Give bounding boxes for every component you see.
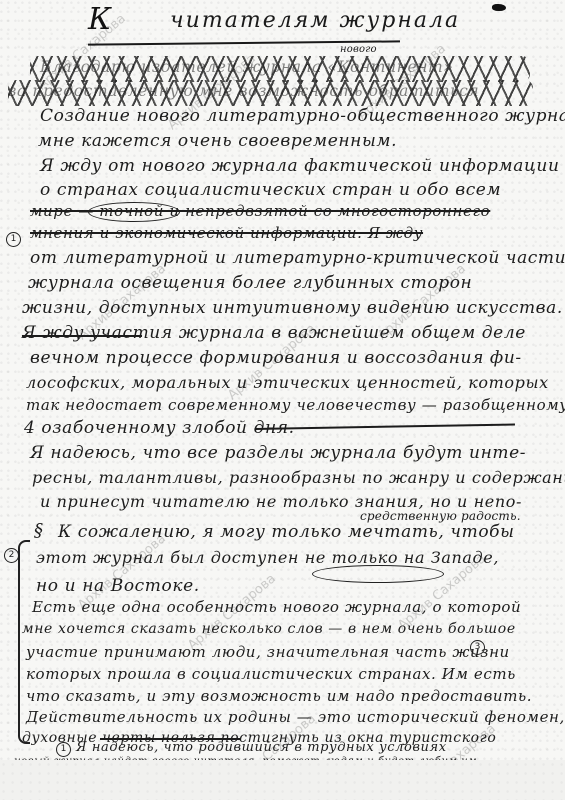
margin-number-marker: 2 <box>4 548 19 563</box>
text-line: лософских, моральных и этических ценност… <box>26 373 549 392</box>
text-line: К сожалению, я могу только мечтать, чтоб… <box>58 522 515 542</box>
manuscript-page: Архив Сахарова Архив Сахарова Архив Саха… <box>0 0 565 761</box>
text-line: Я жду от нового журнала фактической инфо… <box>40 156 560 176</box>
margin-number-marker: 1 <box>56 742 71 757</box>
text-line: Создание нового литературно-общественног… <box>40 106 565 126</box>
text-line: так недостает современному человечеству … <box>26 396 565 414</box>
text-line: Действительность их родины — это историч… <box>26 708 565 726</box>
ink-blot <box>492 4 506 11</box>
text-line: этот журнал был доступен не только на За… <box>36 548 499 567</box>
margin-number-marker: 1 <box>6 232 21 247</box>
text-line: от литературной и литературно-критическо… <box>30 248 565 268</box>
text-line: мне хочется сказать несколько слов — в н… <box>22 621 516 637</box>
text-line: журнала освещения более глубинных сторон <box>28 273 472 293</box>
document-title: читателям журнала <box>170 8 460 33</box>
inserted-word: средственную радость. <box>360 509 521 523</box>
title-initial: К <box>88 2 111 37</box>
text-line: о странах социалистических стран и обо в… <box>40 180 501 200</box>
text-line: вечном процессе формирования и воссоздан… <box>30 348 522 368</box>
text-line-struck: Благодарю издателей журнала «Континент» <box>40 58 453 76</box>
circled-insertion <box>312 565 444 583</box>
circled-deletion <box>88 202 180 222</box>
strike-through <box>22 335 142 337</box>
text-line: жизни, доступных интуитивному видению ис… <box>22 298 563 318</box>
text-line: ресны, талантливы, разнообразны по жанру… <box>32 468 565 487</box>
inserted-word: нового <box>340 44 377 55</box>
text-line: что сказать, и эту возможность им надо п… <box>26 687 532 705</box>
text-line: но и на Востоке. <box>36 576 200 596</box>
text-line: Есть еще одна особенность нового журнала… <box>32 598 521 616</box>
margin-number-marker: 3 <box>470 640 485 655</box>
text-line: Я надеюсь, что родившийся в трудных усло… <box>76 740 447 755</box>
scan-margin <box>0 760 565 800</box>
text-line: Я жду участия журнала в важнейшем общем … <box>22 323 526 343</box>
text-line: мне кажется очень своевременным. <box>38 131 397 151</box>
text-line: которых прошла в социалистических страна… <box>26 665 516 683</box>
text-line-struck: за предоставленную мне возможность обрат… <box>8 82 479 100</box>
text-line: участие принимают люди, значительная час… <box>26 643 510 661</box>
text-line: Я надеюсь, что все разделы журнала будут… <box>30 443 526 463</box>
text-line-struck: мнения и экономической информации. Я жду <box>30 224 423 242</box>
margin-mark: § <box>34 520 44 541</box>
